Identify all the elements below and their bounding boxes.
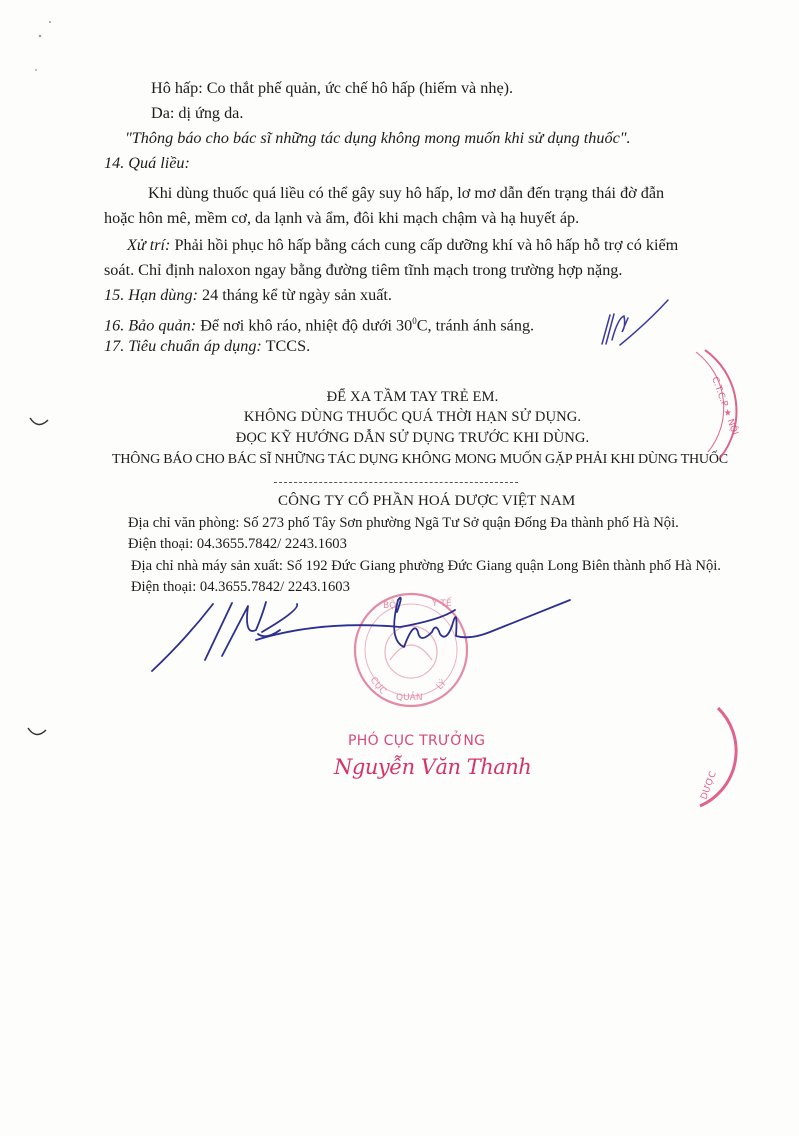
signer-title: PHÓ CỤC TRƯỞNG bbox=[348, 733, 485, 749]
overdose-treatment-line-2: soát. Chỉ định naloxon ngay bằng đường t… bbox=[104, 260, 622, 280]
section-16-storage: 16. Bảo quản: Để nơi khô ráo, nhiệt độ d… bbox=[104, 311, 534, 335]
warning-expiry: KHÔNG DÙNG THUỐC QUÁ THỜI HẠN SỬ DỤNG. bbox=[0, 407, 799, 427]
svg-text:DƯỢC: DƯỢC bbox=[699, 770, 718, 801]
signer-name: Nguyễn Văn Thanh bbox=[334, 755, 531, 779]
binder-hole-icon bbox=[28, 728, 46, 735]
warning-keep-away-children: ĐỂ XA TẦM TAY TRẺ EM. bbox=[0, 387, 799, 407]
warning-notify-doctor: THÔNG BÁO CHO BÁC SĨ NHỮNG TÁC DỤNG KHÔN… bbox=[112, 450, 728, 470]
factory-phone: Điện thoại: 04.3655.7842/ 2243.1603 bbox=[131, 577, 350, 597]
overdose-text-line-1: Khi dùng thuốc quá liều có thể gây suy h… bbox=[148, 183, 664, 203]
separator-line bbox=[274, 482, 518, 483]
svg-text:CỤC: CỤC bbox=[368, 676, 388, 697]
svg-text:QUẢN: QUẢN bbox=[396, 691, 423, 703]
office-address: Địa chỉ văn phòng: Số 273 phố Tây Sơn ph… bbox=[128, 513, 679, 533]
side-effect-respiratory: Hô hấp: Co thắt phế quản, ức chế hô hấp … bbox=[151, 78, 513, 98]
notify-doctor-note: "Thông báo cho bác sĩ những tác dụng khô… bbox=[125, 128, 631, 148]
svg-text:Y TẾ: Y TẾ bbox=[431, 597, 452, 609]
side-effect-skin: Da: dị ứng da. bbox=[151, 103, 243, 123]
director-signature bbox=[152, 598, 570, 671]
document-page: Hô hấp: Co thắt phế quản, ức chế hô hấp … bbox=[0, 0, 799, 1136]
factory-address: Địa chỉ nhà máy sản xuất: Số 192 Đức Gia… bbox=[131, 556, 721, 576]
initials-signature bbox=[602, 300, 668, 345]
ministry-stamp: BỘ Y TẾ CỤC QUẢN LÝ bbox=[355, 594, 467, 706]
office-phone: Điện thoại: 04.3655.7842/ 2243.1603 bbox=[128, 534, 347, 554]
company-stamp-lower bbox=[700, 708, 736, 806]
svg-text:LÝ: LÝ bbox=[434, 677, 449, 692]
overdose-text-line-2: hoặc hôn mê, mềm cơ, da lạnh và ẩm, đôi … bbox=[104, 208, 579, 228]
warning-read-instructions: ĐỌC KỸ HƯỚNG DẪN SỬ DỤNG TRƯỚC KHI DÙNG. bbox=[0, 428, 799, 448]
section-14-heading: 14. Quá liều: bbox=[104, 153, 190, 173]
section-17-standard: 17. Tiêu chuẩn áp dụng: TCCS. bbox=[104, 336, 310, 356]
svg-text:BỘ: BỘ bbox=[383, 599, 396, 611]
section-15-shelf-life: 15. Hạn dùng: 24 tháng kể từ ngày sản xu… bbox=[104, 285, 392, 305]
overdose-treatment-line-1: Xử trí: Phải hồi phục hô hấp bằng cách c… bbox=[127, 235, 678, 255]
company-name: CÔNG TY CỔ PHẦN HOÁ DƯỢC VIỆT NAM bbox=[278, 491, 575, 511]
treatment-label: Xử trí: bbox=[127, 236, 170, 254]
